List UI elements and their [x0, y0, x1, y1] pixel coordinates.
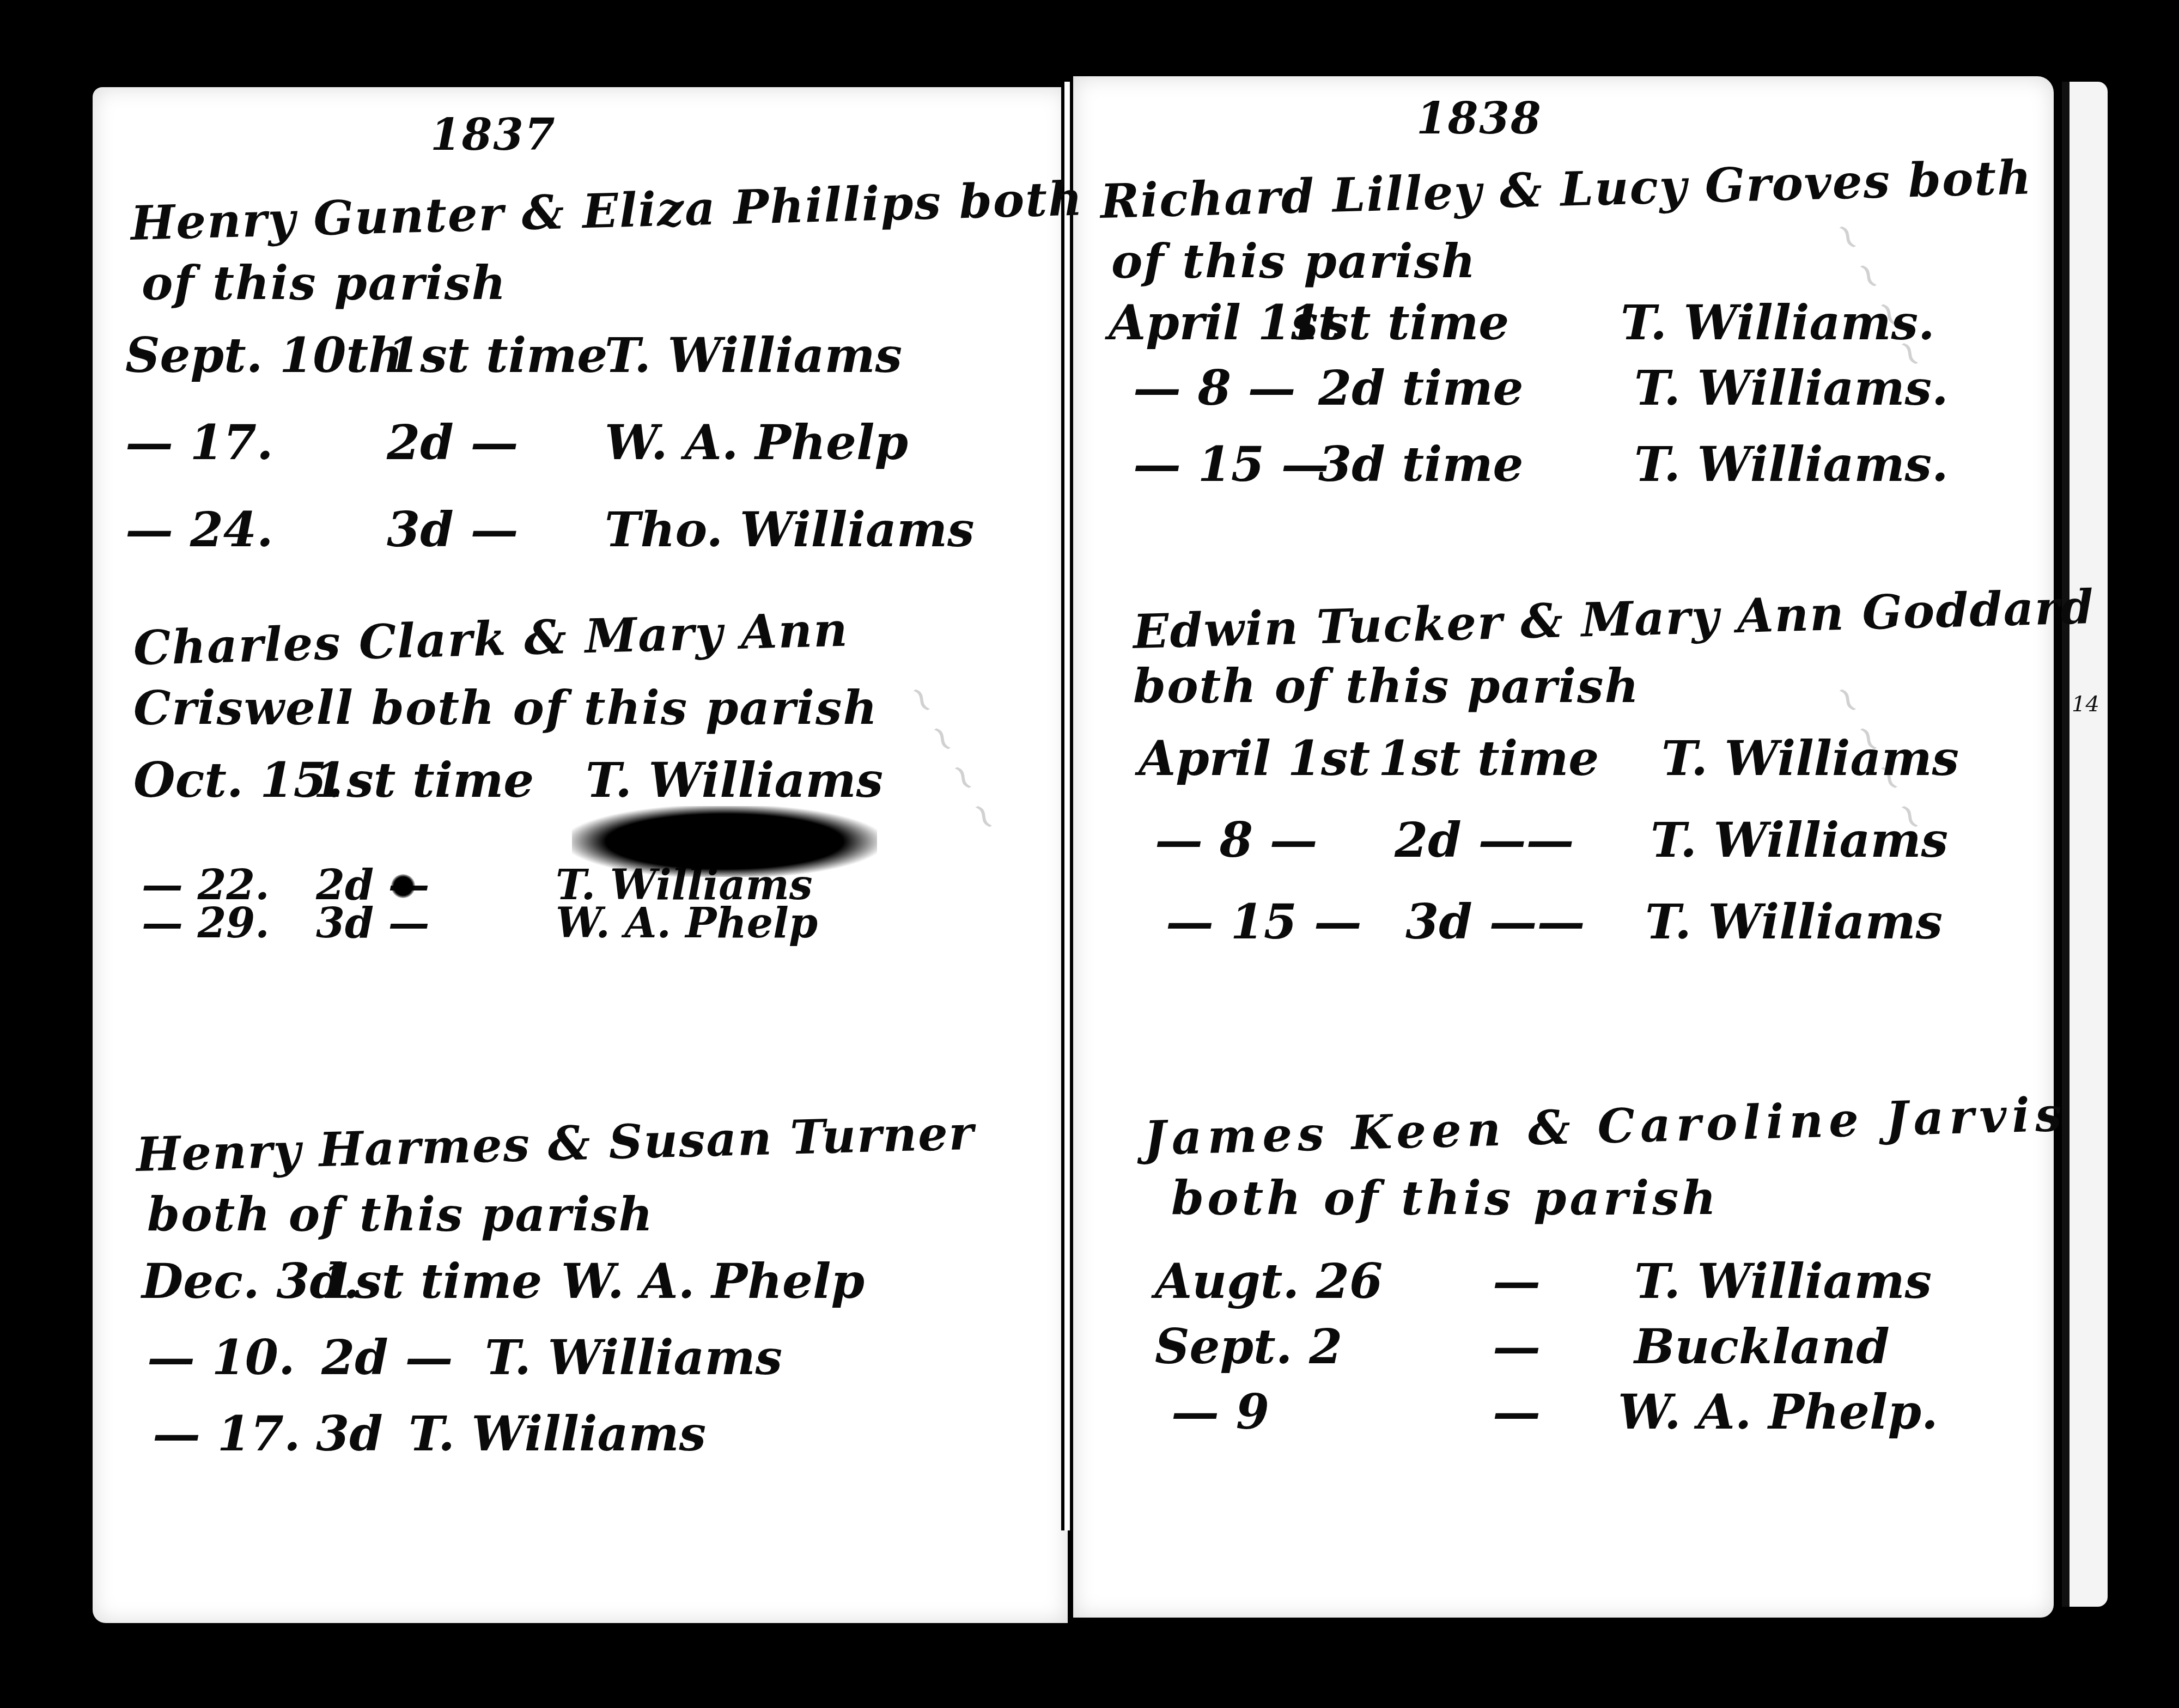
publication-row: — 15 — 3d —— T. Williams — [1166, 893, 1943, 950]
publication-row: — 29. 3d — W. A. Phelp — [142, 899, 818, 947]
officiant-signature: W. A. Phelp. — [1618, 1383, 1938, 1440]
publication-date: Dec. 3d. — [142, 1253, 321, 1309]
publication-date: — 8 — — [1133, 359, 1318, 416]
publication-time: 1st time — [1288, 294, 1621, 351]
entry-residence: both of this parish — [147, 1187, 654, 1242]
publication-row: Sept. 2 — Buckland — [1155, 1318, 1890, 1375]
publication-date: — 15 — — [1133, 436, 1318, 492]
entry-residence: both of this parish — [1133, 659, 1640, 714]
publication-row: — 10. 2d — T. Williams — [147, 1329, 782, 1386]
publication-row: Augt. 26 — T. Williams — [1155, 1253, 1932, 1309]
publication-row: — 8 — 2d time T. Williams. — [1133, 359, 1949, 416]
publication-row: Dec. 3d. 1st time W. A. Phelp — [142, 1253, 865, 1309]
officiant-signature: W. A. Phelp — [556, 899, 818, 947]
ink-dot — [391, 874, 415, 898]
publication-date: April 1st — [1109, 294, 1288, 351]
publication-row: April 1st 1st time T. Williams — [1139, 730, 1959, 786]
publication-time: 2d —— — [1395, 812, 1651, 868]
publication-date: — 10. — [147, 1329, 321, 1386]
publication-row: — 24. 3d — Tho. Williams — [125, 501, 975, 558]
book-spine — [1061, 82, 1073, 1530]
entry-residence: both of this parish — [1171, 1171, 1719, 1226]
publication-time: 3d — — [316, 899, 556, 947]
publication-row: Oct. 15. 1st time T. Williams — [133, 752, 883, 808]
entry-residence: Criswell both of this parish — [133, 681, 878, 736]
officiant-signature: Buckland — [1634, 1318, 1890, 1375]
publication-date: — 24. — [125, 501, 387, 558]
officiant-signature: T. Williams — [1645, 893, 1943, 950]
publication-time: — — [1493, 1318, 1634, 1375]
officiant-signature: T. Williams — [485, 1329, 782, 1386]
publication-row: — 17. 3d T. Williams — [153, 1405, 706, 1462]
publication-row: — 8 — 2d —— T. Williams — [1155, 812, 1948, 868]
publication-row: — 15 — 3d time T. Williams. — [1133, 436, 1949, 492]
page-edge-strip: 14 — [2062, 82, 2108, 1607]
publication-time: 2d time — [1318, 359, 1634, 416]
edge-mark: 14 — [2072, 692, 2099, 717]
publication-date: April 1st — [1139, 730, 1378, 786]
publication-date: — 9 — [1171, 1383, 1493, 1440]
publication-date: — 29. — [142, 899, 316, 947]
publication-time: — — [1493, 1383, 1618, 1440]
publication-time: 2d — — [387, 414, 605, 471]
officiant-signature: T. Williams. — [1621, 294, 1935, 351]
publication-time: 1st time — [313, 752, 586, 808]
publication-row: Sept. 10th 1st time T. Williams — [125, 327, 902, 383]
publication-time: — — [1493, 1253, 1634, 1309]
officiant-signature: W. A. Phelp — [561, 1253, 865, 1309]
entry-residence: of this parish — [1111, 234, 1476, 289]
officiant-signature: T. Williams — [1651, 812, 1948, 868]
publication-date: — 17. — [125, 414, 387, 471]
publication-time: 1st time — [387, 327, 605, 383]
publication-date: Augt. 26 — [1155, 1253, 1493, 1309]
officiant-signature: T. Williams — [586, 752, 883, 808]
publication-time: 1st time — [321, 1253, 561, 1309]
publication-date: Sept. 2 — [1155, 1318, 1493, 1375]
publication-date: — 15 — — [1166, 893, 1405, 950]
publication-date: — 8 — — [1155, 812, 1395, 868]
officiant-signature: T. Williams — [1661, 730, 1959, 786]
year-heading: 1837 — [430, 109, 556, 160]
publication-time: 3d time — [1318, 436, 1634, 492]
ink-blot — [572, 806, 877, 877]
publication-date: Sept. 10th — [125, 327, 387, 383]
publication-time: 3d — — [387, 501, 605, 558]
officiant-signature: W. A. Phelp — [605, 414, 908, 471]
publication-date: Oct. 15. — [133, 752, 313, 808]
publication-time: 1st time — [1378, 730, 1661, 786]
publication-time: 2d — — [321, 1329, 485, 1386]
publication-row: April 1st 1st time T. Williams. — [1109, 294, 1935, 351]
officiant-signature: Tho. Williams — [605, 501, 975, 558]
officiant-signature: T. Williams. — [1634, 436, 1949, 492]
officiant-signature: T. Williams — [1634, 1253, 1932, 1309]
publication-date: — 17. — [153, 1405, 316, 1462]
publication-row: — 17. 2d — W. A. Phelp — [125, 414, 908, 471]
year-heading: 1838 — [1416, 93, 1542, 144]
officiant-signature: T. Williams. — [1634, 359, 1949, 416]
publication-row: — 9 — W. A. Phelp. — [1171, 1383, 1938, 1440]
officiant-signature: T. Williams — [605, 327, 902, 383]
officiant-signature: T. Williams — [409, 1405, 706, 1462]
entry-residence: of this parish — [142, 256, 507, 311]
publication-time: 3d —— — [1405, 893, 1645, 950]
publication-time: 3d — [316, 1405, 409, 1462]
